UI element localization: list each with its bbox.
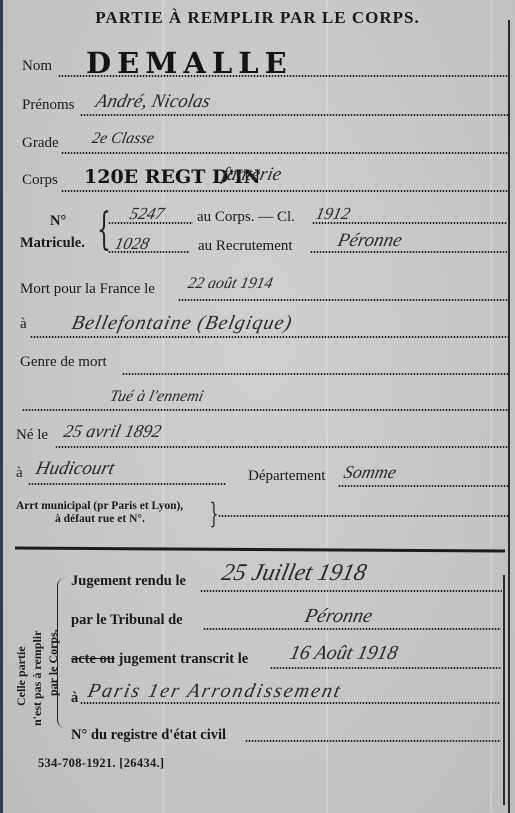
lieu-naissance-dotted-line (28, 483, 226, 485)
registre-dotted-line (245, 740, 501, 742)
grade-value: 2e Classe (90, 130, 156, 148)
jugement-rendu-dotted-line (200, 590, 502, 592)
print-code: 534-708-1921. [26434.] (38, 756, 164, 771)
matricule-brace: { (97, 208, 111, 252)
genre-mort-label: Genre de mort (20, 354, 107, 371)
departement-dotted-line (338, 485, 510, 487)
corps-label: Corps (22, 172, 58, 189)
arrondissement-label-1: Arrt municipal (pr Paris et Lyon), (16, 500, 183, 513)
arrondissement-brace: } (209, 500, 218, 528)
classe-value: 1912 (314, 204, 352, 224)
jugement-rendu-label: Jugement rendu le (71, 573, 186, 590)
naissance-value: 25 avril 1892 (62, 421, 163, 442)
tribunal-label: par le Tribunal de (71, 612, 183, 629)
arrondissement-dotted-line (218, 515, 510, 517)
transcrit-label: acte ou jugement transcrit le (71, 651, 248, 668)
mort-label: Mort pour la France le (20, 281, 155, 298)
grade-label: Grade (22, 135, 59, 152)
lieu-mort-value: Bellefontaine (Belgique) (70, 312, 295, 335)
lieu-mort-dotted-line (30, 336, 510, 338)
au-recrutement-label: au Recrutement (198, 238, 293, 255)
transcrit-value: 16 Août 1918 (288, 642, 400, 665)
section-divider (15, 547, 505, 552)
lieu-naissance-value: Hudicourt (34, 458, 117, 480)
nom-value: DEMALLE (86, 46, 293, 80)
lieu-transcription-label: à (71, 690, 78, 707)
side-note: Celle partie n'est pas à remplir par le … (14, 578, 74, 728)
genre-mort-dotted-line (122, 373, 510, 375)
lieu-mort-label: à (20, 316, 27, 333)
mort-dotted-line (178, 299, 510, 301)
jugement-rendu-value: 25 Juillet 1918 (219, 560, 369, 587)
side-note-line-2: n'est pas à remplir (30, 631, 45, 726)
record-card: PARTIE À REMPLIR PAR LE CORPS. Nom DEMAL… (0, 0, 515, 813)
lieu-naissance-label: à (16, 465, 23, 482)
tribunal-value: Péronne (303, 605, 375, 628)
matricule-no-label: N° (50, 213, 66, 230)
naissance-dotted-line (55, 446, 510, 448)
tribunal-dotted-line (203, 628, 501, 630)
corps-value: fanterie (220, 164, 284, 186)
transcrit-dotted-line (270, 667, 502, 669)
departement-label: Département (248, 468, 325, 485)
genre-mort-value: Tué à l'ennemi (108, 388, 205, 406)
prenoms-value: André, Nicolas (94, 91, 213, 113)
prenoms-dotted-line (80, 114, 510, 116)
lieu-transcription-value: Paris 1er Arrondissement (86, 680, 344, 703)
au-corps-label: au Corps. — Cl. (197, 209, 295, 226)
recrutement-place: Péronne (336, 230, 404, 252)
mort-value: 22 août 1914 (186, 275, 274, 293)
nom-label: Nom (22, 58, 52, 75)
genre-mort-dotted-line-2 (22, 409, 510, 411)
arrondissement-label-2: à défaut rue et N°. (55, 513, 145, 526)
jugement-brace (57, 578, 65, 728)
transcrit-label-text: jugement transcrit le (119, 651, 249, 667)
form-heading: PARTIE À REMPLIR PAR LE CORPS. (0, 8, 515, 28)
right-inner-border-line (503, 575, 505, 805)
corps-dotted-line (61, 190, 510, 192)
right-border-line (508, 20, 510, 813)
scan-edge (0, 0, 3, 813)
naissance-label: Né le (16, 427, 48, 444)
matricule-recrutement-number: 1028 (113, 234, 151, 254)
departement-value: Somme (342, 462, 398, 483)
grade-dotted-line (61, 152, 510, 154)
matricule-corps-number: 5247 (128, 204, 166, 224)
transcrit-struck-label: acte ou (71, 651, 115, 667)
matricule-label: Matricule. (20, 235, 85, 252)
prenoms-label: Prénoms (22, 97, 75, 114)
registre-label: N° du registre d'état civil (71, 727, 226, 744)
side-note-line-1: Celle partie (14, 646, 29, 706)
